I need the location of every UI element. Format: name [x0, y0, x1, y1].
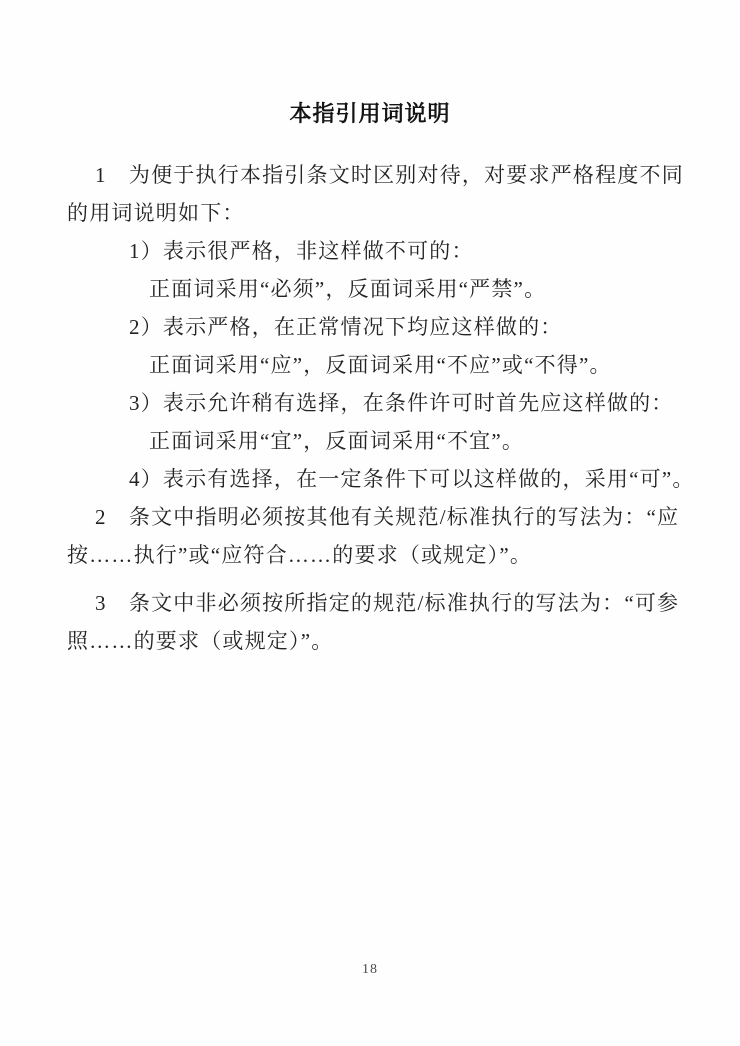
document-body: 1 为便于执行本指引条文时区别对待，对要求严格程度不同 的用词说明如下： 1）表…: [0, 156, 740, 660]
subitem-1-definition: 1）表示很严格，非这样做不可的：: [67, 232, 700, 270]
subitem-4-definition: 4）表示有选择，在一定条件下可以这样做的，采用“可”。: [67, 460, 700, 498]
subitem-3-terms: 正面词采用“宜”，反面词采用“不宜”。: [67, 422, 700, 460]
subitem-2-definition: 2）表示严格，在正常情况下均应这样做的：: [67, 308, 700, 346]
clause-1-line-2: 的用词说明如下：: [67, 194, 700, 232]
clause-1-line-1: 1 为便于执行本指引条文时区别对待，对要求严格程度不同: [67, 156, 700, 194]
page-number: 18: [0, 962, 740, 978]
document-title: 本指引用词说明: [0, 100, 740, 128]
clause-3-line-2: 照……的要求（或规定）”。: [67, 622, 700, 660]
document-page: 本指引用词说明 1 为便于执行本指引条文时区别对待，对要求严格程度不同 的用词说…: [0, 0, 740, 1046]
subitem-1-terms: 正面词采用“必须”，反面词采用“严禁”。: [67, 270, 700, 308]
subitem-3-definition: 3）表示允许稍有选择，在条件许可时首先应这样做的：: [67, 384, 700, 422]
subitem-2-terms: 正面词采用“应”，反面词采用“不应”或“不得”。: [67, 346, 700, 384]
clause-3-line-1: 3 条文中非必须按所指定的规范/标准执行的写法为：“可参: [67, 584, 700, 622]
clause-2-line-2: 按……执行”或“应符合……的要求（或规定）”。: [67, 536, 700, 574]
clause-2-line-1: 2 条文中指明必须按其他有关规范/标准执行的写法为：“应: [67, 498, 700, 536]
